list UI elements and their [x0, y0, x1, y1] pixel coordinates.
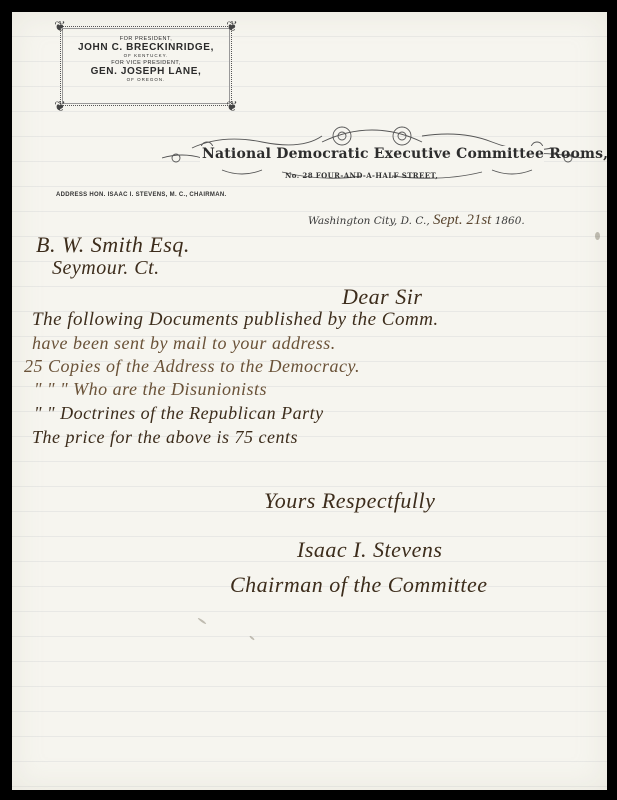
- president-state: OF KENTUCKY.: [61, 53, 231, 58]
- signature: Isaac I. Stevens: [297, 537, 442, 563]
- paper-stain: [197, 617, 206, 624]
- letter-page: ❦ ❦ ❦ ❦ FOR PRESIDENT, JOHN C. BRECKINRI…: [12, 12, 607, 790]
- body-line-1: The following Documents published by the…: [32, 309, 439, 331]
- recipient-name: B. W. Smith Esq.: [36, 232, 190, 258]
- letterhead-address: No. 28 FOUR-AND-A-HALF STREET,: [285, 171, 438, 180]
- body-line-3: 25 Copies of the Address to the Democrac…: [24, 356, 360, 377]
- letterhead-title: National Democratic Executive Committee …: [200, 146, 544, 162]
- paper-stain: [595, 232, 600, 240]
- salutation: Dear Sir: [342, 284, 422, 310]
- body-line-4: " " " Who are the Disunionists: [34, 379, 267, 400]
- chairman-address-line: ADDRESS HON. ISAAC I. STEVENS, M. C., CH…: [56, 192, 226, 198]
- dateline: Washington City, D. C., Sept. 21st 1860.: [308, 212, 525, 229]
- corner-flourish-icon: ❦: [53, 99, 67, 113]
- vice-president-name: GEN. JOSEPH LANE,: [61, 66, 231, 77]
- recipient-location: Seymour. Ct.: [52, 257, 160, 280]
- corner-flourish-icon: ❦: [225, 19, 239, 33]
- dateline-place: Washington City, D. C.,: [308, 215, 430, 227]
- body-line-6: The price for the above is 75 cents: [32, 427, 298, 448]
- corner-flourish-icon: ❦: [53, 19, 67, 33]
- body-line-2: have been sent by mail to your address.: [32, 333, 336, 354]
- corner-flourish-icon: ❦: [225, 99, 239, 113]
- paper-stain: [249, 635, 255, 640]
- president-name: JOHN C. BRECKINRIDGE,: [61, 42, 231, 53]
- dateline-year: 1860.: [495, 215, 525, 227]
- candidate-ticket-box: ❦ ❦ ❦ ❦ FOR PRESIDENT, JOHN C. BRECKINRI…: [60, 26, 232, 106]
- body-line-5: " " Doctrines of the Republican Party: [34, 403, 324, 424]
- signer-title: Chairman of the Committee: [230, 572, 488, 598]
- vice-president-state: OF OREGON.: [61, 77, 231, 82]
- dateline-date: Sept. 21st: [433, 212, 491, 228]
- closing: Yours Respectfully: [264, 488, 435, 514]
